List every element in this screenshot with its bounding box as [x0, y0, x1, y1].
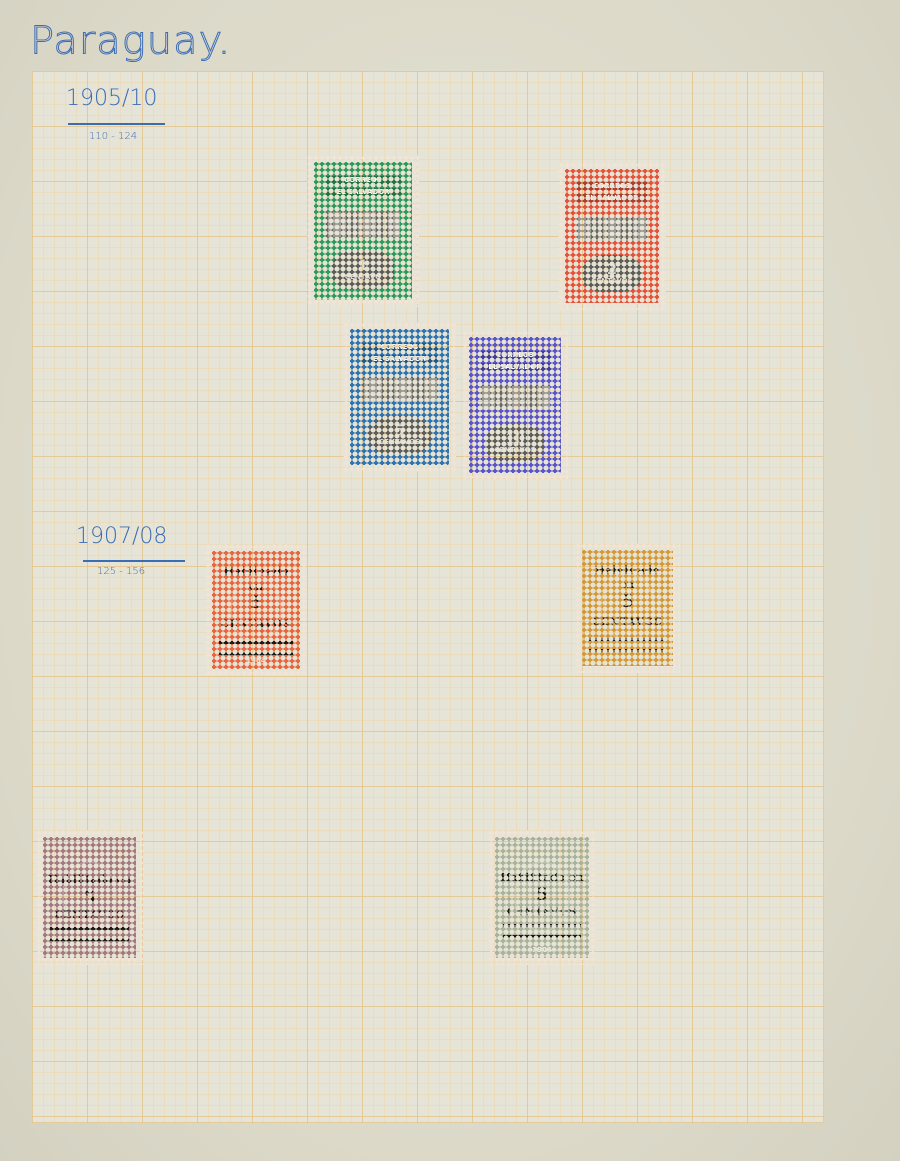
building-vignette: [326, 212, 401, 237]
obliterating-bars: [50, 927, 128, 941]
stamp-value: 10: [505, 432, 524, 446]
stamp-country-text: EL SALVADOR: [574, 194, 649, 202]
overprint-value: 5: [43, 888, 136, 908]
catalogue-range-2: 125 - 156: [97, 566, 145, 577]
stamp-design: CORREOS EL SALVADOR 10 CENTAVOS: [469, 337, 561, 473]
stamp-currency: CENTAVOS: [494, 446, 535, 454]
overprint-currency: CENTAVOS: [43, 910, 136, 921]
stamp-top-text: CORREOS: [360, 343, 439, 351]
stamp-value: 5: [395, 424, 405, 438]
overprint-currency: CENTAVOS: [495, 907, 589, 918]
section-underline-2: [83, 560, 185, 562]
overprint-value: 5: [495, 885, 589, 905]
stamp-design: Habilitado en 5 CENTAVOS 1904: [212, 551, 300, 669]
stamp[interactable]: Habilitado en 5 CENTAVOS: [575, 543, 680, 673]
overprint-line-1: Habilitado en: [43, 873, 136, 886]
section-period-1: 1905/10: [66, 86, 157, 111]
overprint-value: 5: [212, 593, 300, 613]
stamp[interactable]: CORREOS EL SALVADOR 5 CENTAVOS: [343, 322, 456, 472]
stamp-design: CORREOS EL SALVADOR 2 CENTAVOS: [565, 169, 659, 303]
stamp[interactable]: CORREOS EL SALVADOR 2 CENTAVOS: [558, 162, 666, 310]
obliterating-bars: [503, 924, 582, 938]
stamp-top-text: CORREOS: [478, 351, 552, 359]
overprint-currency: CENTAVOS: [582, 617, 673, 628]
catalogue-range-1: 110 - 124: [89, 131, 137, 142]
stamp[interactable]: Habilitado en 5 CENTAVOS: [36, 830, 143, 965]
overprint-line-2: en: [212, 582, 300, 593]
overprint-value: 5: [582, 592, 673, 612]
stamp-currency: CENTAVO: [345, 273, 381, 281]
stamp-design: CORREOS EL SALVADOR 5 CENTAVOS: [350, 329, 449, 465]
building-vignette: [576, 217, 647, 241]
value-tablet: 2 CENTAVOS: [582, 255, 642, 293]
obliterating-bars: [589, 638, 665, 652]
stamp[interactable]: Habilitado en 5 CENTAVOS 1904: [205, 544, 307, 676]
building-vignette: [362, 378, 437, 402]
overprint-line-1: Habilitado en: [495, 871, 589, 884]
country-heading: Paraguay.: [30, 19, 231, 63]
value-tablet: 5 CENTAVOS: [368, 416, 431, 454]
album-page: Paraguay. 1905/10 110 - 124 1907/08 125 …: [0, 0, 900, 1161]
stamp[interactable]: CORREOS EL SALVADOR 10 CENTAVOS: [462, 330, 568, 480]
overprint-currency: CENTAVOS: [212, 619, 300, 630]
stamp-value: 2: [607, 263, 617, 277]
stamp-top-text: CORREOS: [574, 182, 649, 190]
stamp-value: 1: [358, 259, 368, 273]
graph-paper-grid: [32, 71, 824, 1123]
stamp-design: Habilitado en 5 CENTAVOS: [43, 837, 136, 958]
value-tablet: 1 CENTAVO: [332, 250, 395, 289]
stamp-country-text: EL SALVADOR: [324, 188, 402, 196]
stamp-currency: CENTAVOS: [379, 438, 420, 446]
section-underline-1: [68, 123, 165, 125]
stamp-year: 1904: [495, 946, 589, 954]
stamp-top-text: CORREOS: [324, 176, 402, 184]
overprint-line-2: en: [582, 580, 673, 591]
obliterating-bars: [219, 641, 293, 655]
stamp-country-text: EL SALVADOR: [478, 363, 552, 371]
stamp[interactable]: CORREOS EL SALVADOR 1 CENTAVO: [307, 155, 419, 307]
stamp-design: Habilitado en 5 CENTAVOS 1904: [495, 837, 589, 958]
stamp-currency: CENTAVOS: [591, 277, 632, 285]
stamp-year: 1904: [212, 657, 300, 665]
stamp[interactable]: Habilitado en 5 CENTAVOS 1904: [488, 830, 596, 965]
value-tablet: 10 CENTAVOS: [486, 424, 545, 462]
section-period-2: 1907/08: [76, 524, 167, 549]
stamp-design: Habilitado en 5 CENTAVOS: [582, 550, 673, 666]
building-vignette: [480, 386, 550, 410]
overprint-line-1: Habilitado: [212, 565, 300, 578]
stamp-design: CORREOS EL SALVADOR 1 CENTAVO: [314, 162, 412, 300]
stamp-country-text: EL SALVADOR: [360, 355, 439, 363]
overprint-line-1: Habilitado: [582, 564, 673, 577]
